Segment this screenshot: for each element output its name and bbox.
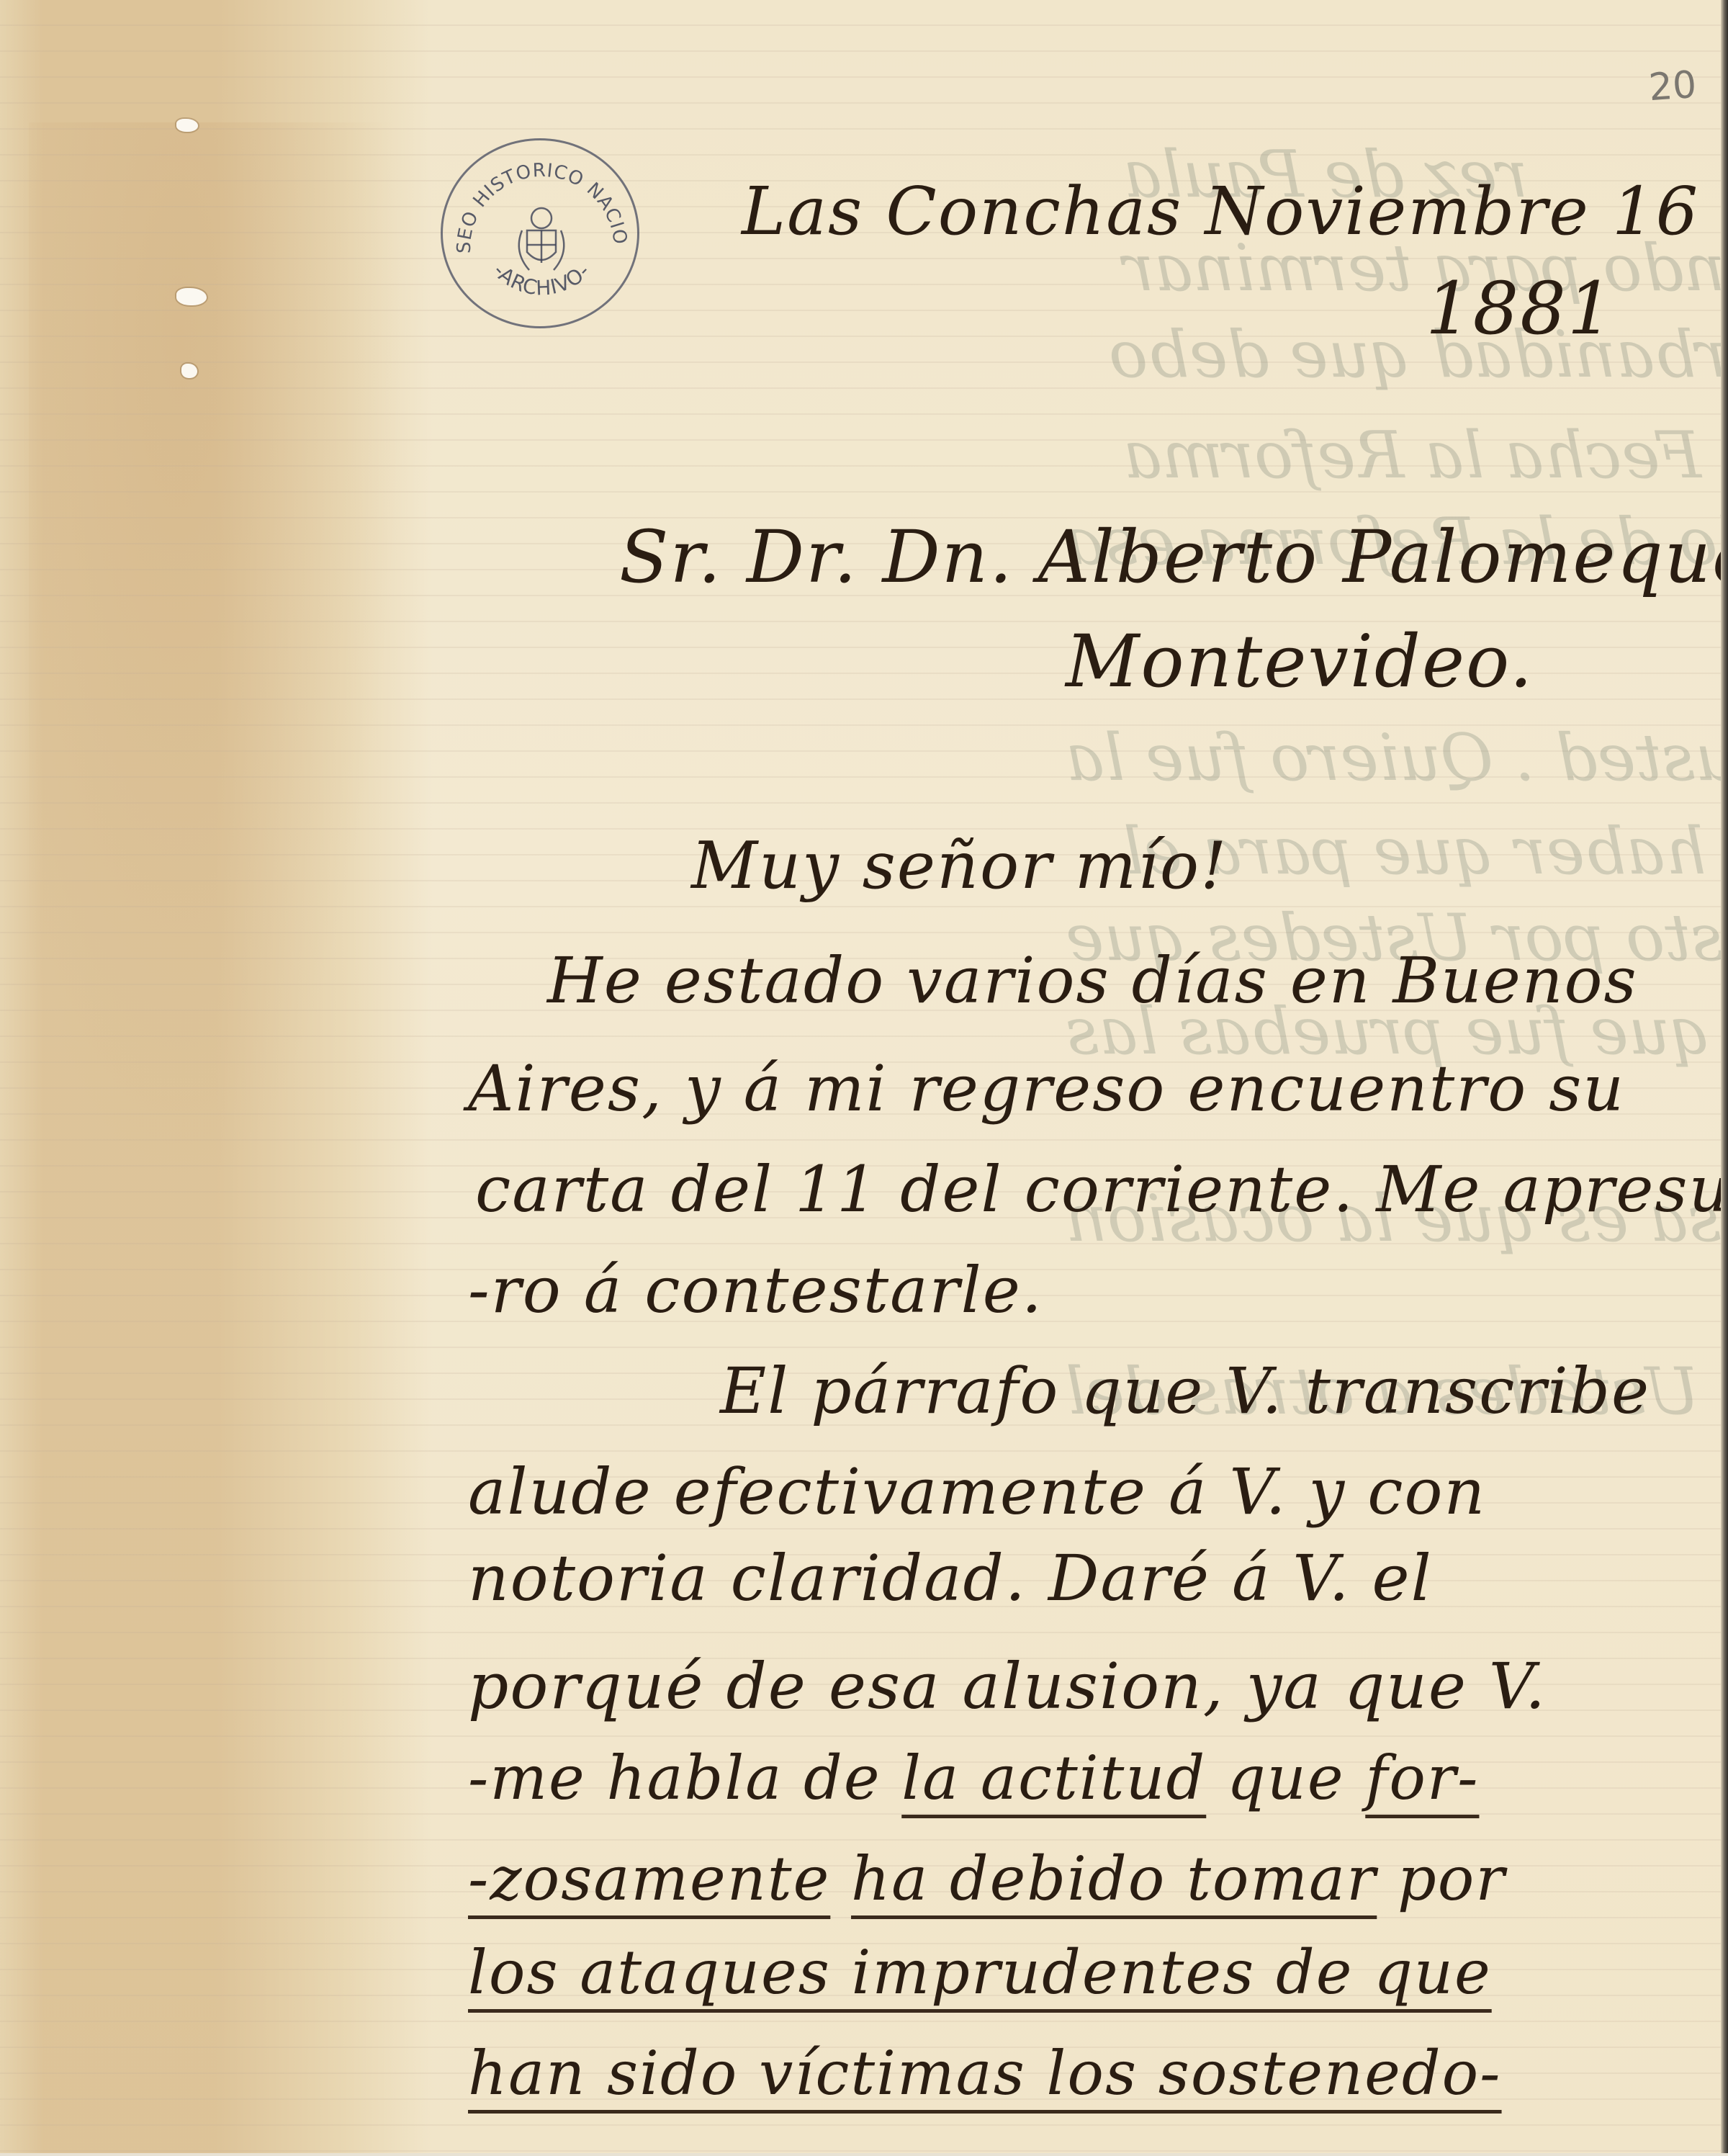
body-line: notoria claridad. Daré á V. el	[468, 1541, 1433, 1615]
underlined-phrase: la actitud	[901, 1743, 1206, 1813]
underlined-phrase: ha debido tomar	[851, 1843, 1377, 1914]
salutation: Muy señor mío!	[691, 828, 1228, 904]
page-right-edge	[1721, 0, 1728, 2156]
binding-hole-icon	[176, 119, 198, 132]
place-date-line: Las Conchas Noviembre 16	[742, 173, 1699, 250]
underlined-phrase: -zosamente	[468, 1843, 830, 1914]
body-line: El párrafo que V. transcribe	[720, 1354, 1650, 1428]
svg-text:MUSEO HISTORICO NACIONAL: MUSEO HISTORICO NACIONAL	[443, 140, 631, 253]
stamp-seal-icon: MUSEO HISTORICO NACIONAL -ARCHIVO-	[443, 140, 637, 326]
body-text: que	[1206, 1743, 1365, 1813]
underlined-phrase: los ataques imprudentes de que	[468, 1937, 1492, 2008]
bleed-through-text: Ultima urbanidad que debo	[1109, 317, 1721, 392]
body-text: -me habla de	[468, 1743, 901, 1813]
year-line: 1881	[1426, 266, 1615, 351]
museum-archive-stamp: MUSEO HISTORICO NACIONAL -ARCHIVO-	[441, 138, 639, 328]
body-text	[830, 1843, 851, 1914]
body-line: -ro á contestarle.	[468, 1253, 1043, 1327]
addressee-city: Montevideo.	[1066, 619, 1534, 704]
body-line: He estado varios días en Buenos	[547, 943, 1638, 1018]
stamp-bottom-text: -ARCHIVO-	[489, 259, 595, 300]
body-line: han sido víctimas los sostenedo-	[468, 2038, 1502, 2108]
svg-text:-ARCHIVO-: -ARCHIVO-	[489, 259, 595, 300]
stamp-top-text: MUSEO HISTORICO NACIONAL	[443, 140, 631, 253]
body-line: porqué de esa alusion, ya que V.	[468, 1649, 1547, 1723]
binding-hole-icon	[176, 288, 207, 305]
bleed-through-text: carga a usted . Quiero fue la	[1066, 720, 1721, 796]
addressee-name: Sr. Dr. Dn. Alberto Palomeque.	[619, 515, 1721, 599]
folio-number: 20	[1647, 63, 1698, 109]
underlined-phrase: han sido víctimas los sostenedo-	[468, 2038, 1502, 2108]
body-line: carta del 11 del corriente. Me apresu-	[475, 1152, 1721, 1226]
body-line: Aires, y á mi regreso encuentro su	[468, 1051, 1625, 1126]
bleed-through-text: Fecha la Reforma	[1123, 418, 1701, 493]
letter-page: rez de Paula sostendo para terminar Ulti…	[0, 0, 1721, 2156]
underlined-phrase: for-	[1365, 1743, 1479, 1813]
binding-hole-icon	[181, 364, 197, 378]
body-line: -me habla de la actitud que for-	[468, 1743, 1479, 1813]
body-line: alude efectivamente á V. y con	[468, 1455, 1486, 1529]
body-line: los ataques imprudentes de que	[468, 1937, 1492, 2008]
body-text: por	[1377, 1843, 1506, 1914]
coat-of-arms-icon	[519, 208, 564, 270]
body-line: -zosamente ha debido tomar por	[468, 1843, 1506, 1914]
page-bottom-edge	[0, 2153, 1728, 2156]
